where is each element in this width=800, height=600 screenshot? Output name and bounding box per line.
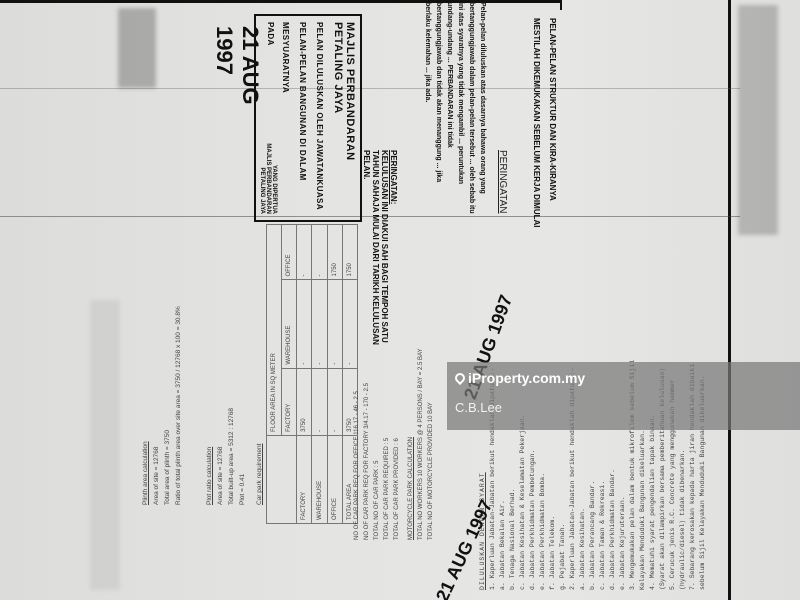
fold-line <box>0 88 740 89</box>
notice-line: bertanggungjawab dan tidak akan menanggu… <box>433 2 444 214</box>
warning-line: MESTILAH DIKEMUKAKAN SEBELUM KERJA DIMUL… <box>528 18 544 227</box>
notice-line: bertanggungjawab dalam pelan-pelan terse… <box>466 2 477 214</box>
table-cell: - <box>297 280 312 368</box>
floor-area-table-wrap: FLOOR AREA IN SQ METER FACTORY WAREHOUSE… <box>266 224 358 524</box>
section-title: Car park requirement <box>254 306 265 505</box>
notice-line: Pelan-pelan diluluskan atas dasarnya bah… <box>477 2 488 214</box>
section-title: Plinth area calculation <box>140 306 151 505</box>
table-cell: - <box>312 368 327 435</box>
page-edge-line <box>728 0 731 600</box>
warning-line: PELAN-PELAN STRUKTUR DAN KIRA-KIRANYA <box>544 18 560 227</box>
note-line: NO OF CAR PARK REQ FOR OFFICE 116.17 - 4… <box>352 348 362 540</box>
note-line: TOTAL NO OF MOTORCYCLE PROVIDED 10 BAY <box>426 348 436 540</box>
scan-smudge <box>738 5 778 235</box>
column-header: OFFICE <box>282 225 297 280</box>
scanned-document-page: MAJLIS PERBANDARAN PETALING JAYA PELAN D… <box>0 0 800 600</box>
table-cell: 1750 <box>342 225 357 280</box>
note-line: TOTAL NO WORKERS 10 WORKERS @ 4 PERSONS … <box>416 348 426 540</box>
warning-line: TAHUN SAHAJA MULAI DARI TARIKH KELULUSAN <box>371 150 380 345</box>
table-cell: 3750 <box>297 368 312 435</box>
row-label: WAREHOUSE <box>312 435 327 523</box>
table-row: OFFICE - - 1750 <box>327 225 342 524</box>
calc-line: Plot = 0.41 <box>237 306 248 505</box>
page-edge-line <box>560 0 562 10</box>
floor-area-table: FLOOR AREA IN SQ METER FACTORY WAREHOUSE… <box>266 224 358 524</box>
watermark-site: iProperty.com.my <box>468 370 585 386</box>
structure-warning-title: PERINGATAN <box>497 150 508 214</box>
note-line: TOTAL NO OF CAR PARK : 5 <box>372 348 382 540</box>
stamp-line: MESYUARATNYA <box>281 22 290 214</box>
stamp-signer-org: MAJLIS PERBANDARAN PETALING JAYA <box>259 133 271 214</box>
stamp-line: PELAN DILULUSKAN OLEH JAWATANKUASA <box>315 22 324 214</box>
watermark-logo: iProperty.com.my <box>455 370 585 386</box>
section-title: MOTORCYCLE PARK CALCULATION <box>406 348 416 540</box>
scan-smudge <box>90 300 120 590</box>
warning-line: KELULUSAN INI DIAKUI SAH BAGI TEMPOH SAT… <box>380 150 389 345</box>
location-pin-icon <box>453 371 467 385</box>
stamp-signer-title: YANG DIPERTUA <box>271 133 277 214</box>
watermark-banner: iProperty.com.my C.B.Lee <box>447 362 800 430</box>
calc-line: Area of site = 12768 <box>151 306 162 505</box>
warning-title: PERINGATAN: <box>389 150 398 345</box>
calc-line: Total built-up area = 5312 : 12768 <box>226 306 237 505</box>
stamp-line: PELAN-PELAN BANGUNAN DI DALAM <box>298 22 307 214</box>
table-cell: - <box>327 280 342 368</box>
calc-line: Ratio of total plinth area over site are… <box>173 306 184 505</box>
table-cell: - <box>312 225 327 280</box>
note-line: TOTAL OF CAR PARK REQUIRED : 5 <box>382 348 392 540</box>
approval-stamp: MAJLIS PERBANDARAN PETALING JAYA PELAN D… <box>254 14 362 222</box>
table-cell: - <box>297 225 312 280</box>
structure-warning: PELAN-PELAN STRUKTUR DAN KIRA-KIRANYA ME… <box>528 18 560 227</box>
parking-notes: NO OF CAR PARK REQ FOR OFFICE 116.17 - 4… <box>352 348 436 540</box>
section-title: Plot ratio calculation <box>204 306 215 505</box>
table-cell: - <box>312 280 327 368</box>
spacer <box>184 306 204 505</box>
watermark-agent: C.B.Lee <box>455 400 502 415</box>
stamp-date: 21 AUG 1997 <box>211 26 263 133</box>
table-cell: - <box>327 368 342 435</box>
table-cell: 1750 <box>327 225 342 280</box>
notice-line: undang-undang ... PERBANDARAN ini tidak <box>444 2 455 214</box>
table-row: FACTORY 3750 - - <box>297 225 312 524</box>
column-header: FACTORY <box>282 368 297 435</box>
notice-line: ini atas syaratnya yang tidak mengambil … <box>455 2 466 214</box>
table-group-header: FLOOR AREA IN SQ METER <box>267 225 282 436</box>
note-line: TOTAL OF CAR PARK PROVIDED : 6 <box>392 348 402 540</box>
warning-line: PELAN. <box>362 150 371 345</box>
table-corner <box>267 435 297 523</box>
row-label: OFFICE <box>327 435 342 523</box>
column-header: WAREHOUSE <box>282 280 297 368</box>
notice-line: berlaku kelemahan ... jika ada. <box>422 2 433 214</box>
responsibility-notice: Pelan-pelan diluluskan atas dasarnya bah… <box>422 2 488 214</box>
plinth-calculation: Plinth area calculation Area of site = 1… <box>140 306 265 505</box>
validity-warning: PERINGATAN: KELULUSAN INI DIAKUI SAH BAG… <box>362 150 398 345</box>
calc-line: Total area of plinth = 3750 <box>162 306 173 505</box>
table-row: WAREHOUSE - - - <box>312 225 327 524</box>
stamp-authority: MAJLIS PERBANDARAN PETALING JAYA <box>332 22 356 214</box>
row-label: FACTORY <box>297 435 312 523</box>
scan-smudge <box>118 8 156 88</box>
note-line: NO OF CAR PARK REQ FOR FACTORY 3/4.17 - … <box>362 348 372 540</box>
stamp-date-prefix: PADA <box>266 22 275 46</box>
calc-line: Area of site = 12768 <box>215 306 226 505</box>
